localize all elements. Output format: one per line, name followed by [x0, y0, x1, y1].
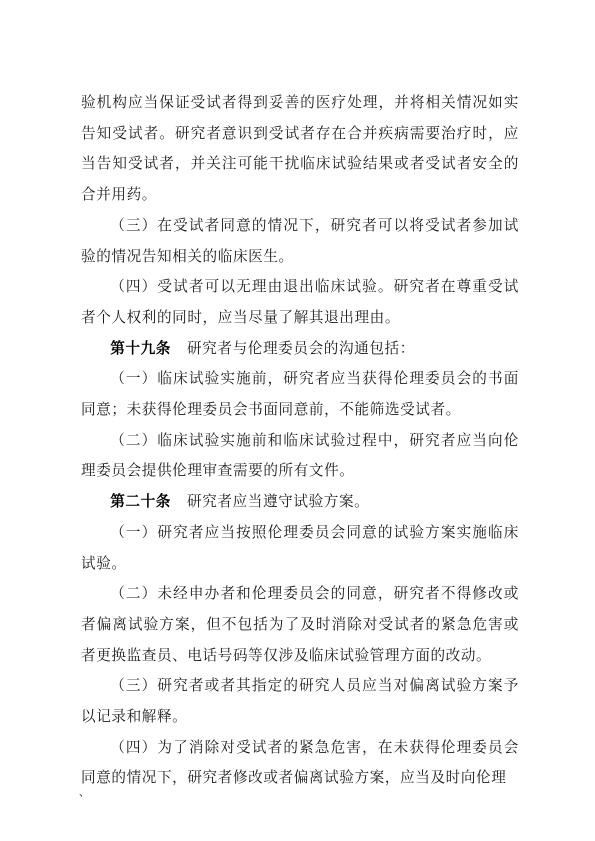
article-19: 第十九条研究者与伦理委员会的沟通包括：: [81, 334, 519, 365]
article-20-text: 研究者应当遵守试验方案。: [187, 493, 369, 510]
article-19-item-2: （二）临床试验实施前和临床试验过程中，研究者应当向伦理委员会提供伦理审查需要的所…: [81, 426, 519, 487]
article-20-item-4: （四）为了消除对受试者的紧急危害，在未获得伦理委员会同意的情况下，研究者修改或者…: [81, 733, 519, 794]
article-20-item-1: （一）研究者应当按照伦理委员会同意的试验方案实施临床试验。: [81, 518, 519, 579]
article-20-item-2: （二）未经申办者和伦理委员会的同意，研究者不得修改或者偏离试验方案，但不包括为了…: [81, 579, 519, 671]
article-19-item-1: （一）临床试验实施前，研究者应当获得伦理委员会的书面同意；未获得伦理委员会书面同…: [81, 364, 519, 425]
paragraph-item-4: （四）受试者可以无理由退出临床试验。研究者在尊重受试者个人权利的同时，应当尽量了…: [81, 272, 519, 333]
article-20: 第二十条研究者应当遵守试验方案。: [81, 487, 519, 518]
article-20-item-3: （三）研究者或者其指定的研究人员应当对偏离试验方案予以记录和解释。: [81, 671, 519, 732]
paragraph-item-3: （三）在受试者同意的情况下，研究者可以将受试者参加试验的情况告知相关的临床医生。: [81, 211, 519, 272]
body-text: 验机构应当保证受试者得到妥善的医疗处理，并将相关情况如实告知受试者。研究者意识到…: [81, 88, 519, 794]
footer-mark: 、: [79, 784, 89, 799]
document-page: 验机构应当保证受试者得到妥善的医疗处理，并将相关情况如实告知受试者。研究者意识到…: [0, 0, 595, 841]
article-19-text: 研究者与伦理委员会的沟通包括：: [187, 340, 415, 357]
paragraph-continuation: 验机构应当保证受试者得到妥善的医疗处理，并将相关情况如实告知受试者。研究者意识到…: [81, 88, 519, 211]
article-19-heading: 第十九条: [110, 340, 171, 357]
article-20-heading: 第二十条: [110, 493, 171, 510]
